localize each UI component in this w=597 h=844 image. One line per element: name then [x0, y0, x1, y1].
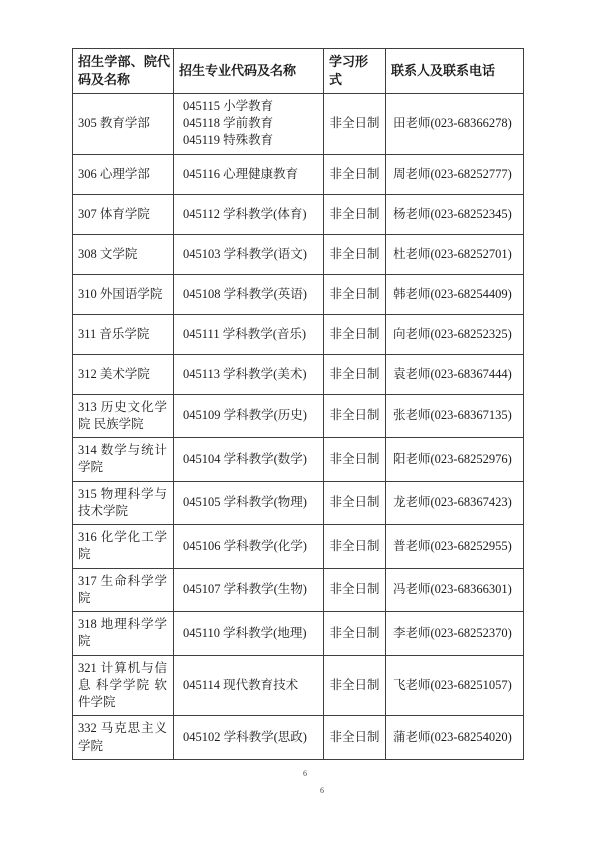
table-header: 招生学部、院代码及名称 招生专业代码及名称 学习形式 联系人及联系电话: [73, 49, 524, 94]
table-row: 318 地理科学学院045110 学科教学(地理)非全日制李老师(023-682…: [73, 612, 524, 656]
dept-cell: 307 体育学院: [73, 194, 174, 234]
study-mode-cell: 非全日制: [324, 481, 386, 525]
majors-cell: 045104 学科教学(数学): [174, 438, 324, 482]
major-line: 045104 学科教学(数学): [183, 451, 318, 468]
contact-cell: 韩老师(023-68254409): [386, 274, 524, 314]
majors-cell: 045103 学科教学(语文): [174, 234, 324, 274]
dept-cell: 306 心理学部: [73, 154, 174, 194]
contact-cell: 飞老师(023-68251057): [386, 655, 524, 716]
major-line: 045119 特殊教育: [183, 132, 318, 149]
page-number: 6: [303, 769, 307, 778]
study-mode-cell: 非全日制: [324, 234, 386, 274]
table-row: 313 历史文化学院 民族学院045109 学科教学(历史)非全日制张老师(02…: [73, 394, 524, 438]
major-line: 045110 学科教学(地理): [183, 625, 318, 642]
study-mode-cell: 非全日制: [324, 314, 386, 354]
table-row: 307 体育学院045112 学科教学(体育)非全日制杨老师(023-68252…: [73, 194, 524, 234]
dept-cell: 312 美术学院: [73, 354, 174, 394]
contact-cell: 李老师(023-68252370): [386, 612, 524, 656]
majors-cell: 045105 学科教学(物理): [174, 481, 324, 525]
contact-cell: 杜老师(023-68252701): [386, 234, 524, 274]
header-contact: 联系人及联系电话: [386, 49, 524, 94]
contact-cell: 冯老师(023-68366301): [386, 568, 524, 612]
majors-cell: 045108 学科教学(英语): [174, 274, 324, 314]
major-line: 045108 学科教学(英语): [183, 286, 318, 303]
table-row: 332 马克思主义学院045102 学科教学(思政)非全日制蒲老师(023-68…: [73, 716, 524, 760]
majors-cell: 045116 心理健康教育: [174, 154, 324, 194]
majors-cell: 045111 学科教学(音乐): [174, 314, 324, 354]
header-mode: 学习形式: [324, 49, 386, 94]
study-mode-cell: 非全日制: [324, 194, 386, 234]
major-line: 045116 心理健康教育: [183, 166, 318, 183]
study-mode-cell: 非全日制: [324, 154, 386, 194]
major-line: 045107 学科教学(生物): [183, 581, 318, 598]
majors-cell: 045112 学科教学(体育): [174, 194, 324, 234]
dept-cell: 315 物理科学与技术学院: [73, 481, 174, 525]
study-mode-cell: 非全日制: [324, 274, 386, 314]
table-row: 315 物理科学与技术学院045105 学科教学(物理)非全日制龙老师(023-…: [73, 481, 524, 525]
dept-cell: 318 地理科学学院: [73, 612, 174, 656]
major-line: 045109 学科教学(历史): [183, 407, 318, 424]
major-line: 045111 学科教学(音乐): [183, 326, 318, 343]
table-row: 312 美术学院045113 学科教学(美术)非全日制袁老师(023-68367…: [73, 354, 524, 394]
dept-cell: 311 音乐学院: [73, 314, 174, 354]
contact-cell: 周老师(023-68252777): [386, 154, 524, 194]
study-mode-cell: 非全日制: [324, 394, 386, 438]
study-mode-cell: 非全日制: [324, 525, 386, 569]
dept-cell: 314 数学与统计学院: [73, 438, 174, 482]
major-line: 045115 小学教育: [183, 98, 318, 115]
contact-cell: 龙老师(023-68367423): [386, 481, 524, 525]
majors-cell: 045102 学科教学(思政): [174, 716, 324, 760]
table-row: 310 外国语学院045108 学科教学(英语)非全日制韩老师(023-6825…: [73, 274, 524, 314]
study-mode-cell: 非全日制: [324, 438, 386, 482]
major-line: 045113 学科教学(美术): [183, 366, 318, 383]
majors-cell: 045113 学科教学(美术): [174, 354, 324, 394]
study-mode-cell: 非全日制: [324, 655, 386, 716]
majors-cell: 045107 学科教学(生物): [174, 568, 324, 612]
header-dept: 招生学部、院代码及名称: [73, 49, 174, 94]
dept-cell: 317 生命科学学院: [73, 568, 174, 612]
major-line: 045118 学前教育: [183, 115, 318, 132]
dept-cell: 305 教育学部: [73, 93, 174, 154]
contact-cell: 田老师(023-68366278): [386, 93, 524, 154]
contact-cell: 向老师(023-68252325): [386, 314, 524, 354]
dept-cell: 313 历史文化学院 民族学院: [73, 394, 174, 438]
major-line: 045103 学科教学(语文): [183, 246, 318, 263]
majors-cell: 045114 现代教育技术: [174, 655, 324, 716]
study-mode-cell: 非全日制: [324, 93, 386, 154]
major-line: 045106 学科教学(化学): [183, 538, 318, 555]
majors-cell: 045109 学科教学(历史): [174, 394, 324, 438]
major-line: 045102 学科教学(思政): [183, 729, 318, 746]
contact-cell: 蒲老师(023-68254020): [386, 716, 524, 760]
majors-cell: 045106 学科教学(化学): [174, 525, 324, 569]
majors-cell: 045115 小学教育045118 学前教育045119 特殊教育: [174, 93, 324, 154]
admissions-table: 招生学部、院代码及名称 招生专业代码及名称 学习形式 联系人及联系电话 305 …: [72, 48, 524, 760]
study-mode-cell: 非全日制: [324, 568, 386, 612]
table-row: 314 数学与统计学院045104 学科教学(数学)非全日制阳老师(023-68…: [73, 438, 524, 482]
contact-cell: 张老师(023-68367135): [386, 394, 524, 438]
dept-cell: 308 文学院: [73, 234, 174, 274]
majors-cell: 045110 学科教学(地理): [174, 612, 324, 656]
page-number: 6: [320, 786, 324, 795]
major-line: 045105 学科教学(物理): [183, 494, 318, 511]
table-row: 305 教育学部045115 小学教育045118 学前教育045119 特殊教…: [73, 93, 524, 154]
study-mode-cell: 非全日制: [324, 716, 386, 760]
header-row: 招生学部、院代码及名称 招生专业代码及名称 学习形式 联系人及联系电话: [73, 49, 524, 94]
dept-cell: 316 化学化工学院: [73, 525, 174, 569]
contact-cell: 杨老师(023-68252345): [386, 194, 524, 234]
header-major: 招生专业代码及名称: [174, 49, 324, 94]
dept-cell: 310 外国语学院: [73, 274, 174, 314]
contact-cell: 阳老师(023-68252976): [386, 438, 524, 482]
study-mode-cell: 非全日制: [324, 612, 386, 656]
contact-cell: 普老师(023-68252955): [386, 525, 524, 569]
table-row: 321 计算机与信息 科学学院 软件学院045114 现代教育技术非全日制飞老师…: [73, 655, 524, 716]
dept-cell: 321 计算机与信息 科学学院 软件学院: [73, 655, 174, 716]
contact-cell: 袁老师(023-68367444): [386, 354, 524, 394]
table-row: 306 心理学部045116 心理健康教育非全日制周老师(023-6825277…: [73, 154, 524, 194]
table-body: 305 教育学部045115 小学教育045118 学前教育045119 特殊教…: [73, 93, 524, 759]
table-row: 316 化学化工学院045106 学科教学(化学)非全日制普老师(023-682…: [73, 525, 524, 569]
major-line: 045114 现代教育技术: [183, 677, 318, 694]
table-row: 311 音乐学院045111 学科教学(音乐)非全日制向老师(023-68252…: [73, 314, 524, 354]
major-line: 045112 学科教学(体育): [183, 206, 318, 223]
study-mode-cell: 非全日制: [324, 354, 386, 394]
table-row: 317 生命科学学院045107 学科教学(生物)非全日制冯老师(023-683…: [73, 568, 524, 612]
dept-cell: 332 马克思主义学院: [73, 716, 174, 760]
document-page: 招生学部、院代码及名称 招生专业代码及名称 学习形式 联系人及联系电话 305 …: [0, 0, 597, 844]
table-row: 308 文学院045103 学科教学(语文)非全日制杜老师(023-682527…: [73, 234, 524, 274]
